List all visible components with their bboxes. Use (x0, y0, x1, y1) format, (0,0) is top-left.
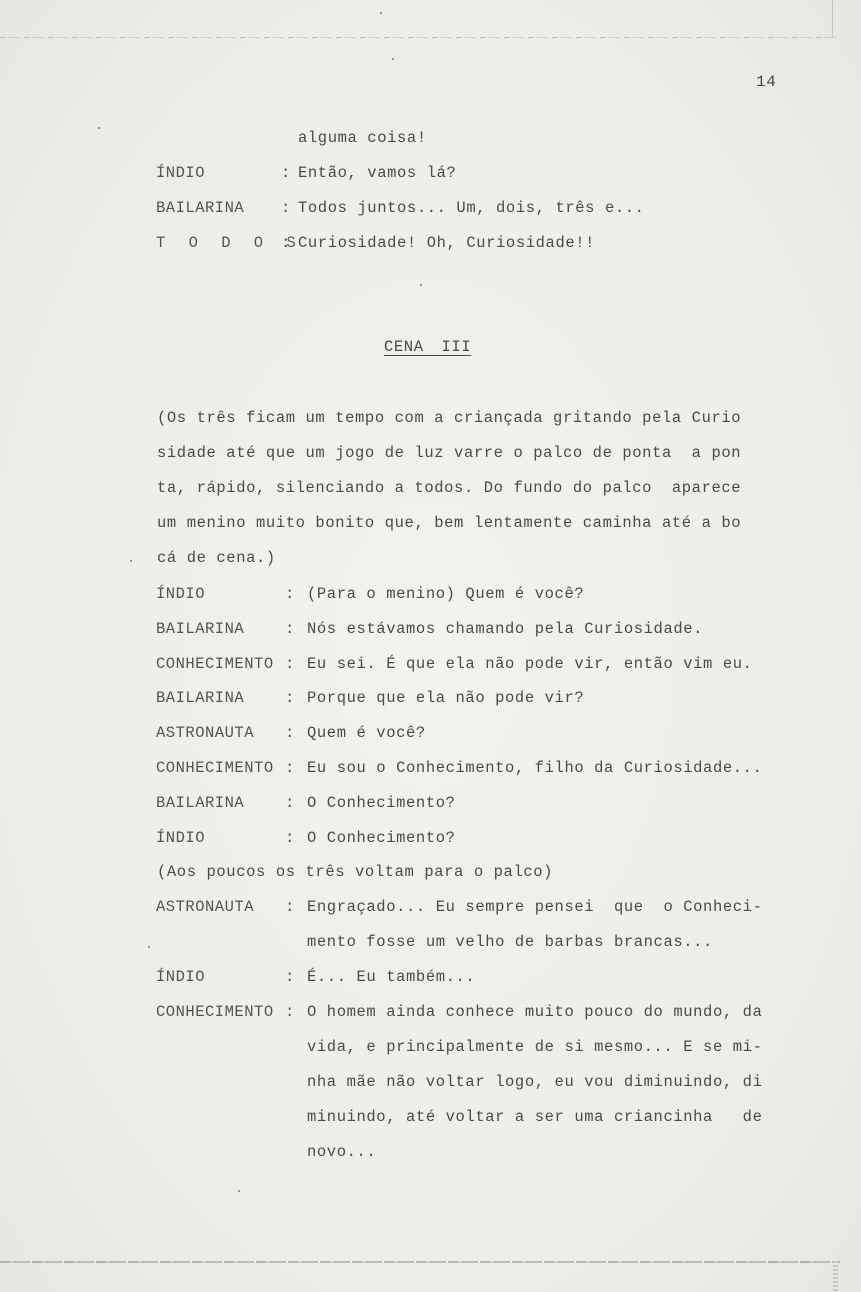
dialogue-line: Porque que ela não pode vir? (307, 688, 584, 708)
speaker-name: BAILARINA (156, 688, 244, 708)
speaker-separator: : (285, 688, 295, 708)
speaker-separator: : (281, 198, 291, 218)
scan-border-bottom (0, 1261, 840, 1263)
dialogue-line: Então, vamos lá? (298, 163, 456, 183)
scan-speck (420, 284, 422, 286)
speaker-separator: : (285, 584, 295, 604)
scan-speck (238, 1190, 240, 1192)
dialogue-line: Curiosidade! Oh, Curiosidade!! (298, 233, 595, 253)
scan-speck (98, 127, 100, 129)
speaker-separator: : (285, 897, 295, 917)
scan-edge-top (832, 0, 833, 38)
speaker-separator: : (285, 758, 295, 778)
speaker-name: ÍNDIO (156, 828, 205, 848)
typewritten-script-page: 14 alguma coisa! ÍNDIO : Então, vamos lá… (0, 0, 861, 1292)
speaker-separator: : (285, 967, 295, 987)
dialogue-line: Nós estávamos chamando pela Curiosidade. (307, 619, 703, 639)
dialogue-line: vida, e principalmente de si mesmo... E … (307, 1037, 762, 1057)
speaker-name: ASTRONAUTA (156, 897, 254, 917)
dialogue-line: O Conhecimento? (307, 793, 456, 813)
dialogue-continuation: alguma coisa! (298, 128, 427, 148)
speaker-separator: : (285, 654, 295, 674)
speaker-name: ÍNDIO (156, 967, 205, 987)
dialogue-line: O Conhecimento? (307, 828, 456, 848)
speaker-name: ÍNDIO (156, 163, 205, 183)
speaker-name: CONHECIMENTO (156, 1002, 274, 1022)
speaker-separator: : (281, 233, 291, 253)
dialogue-line: É... Eu também... (307, 967, 475, 987)
scan-speck (148, 946, 150, 948)
speaker-name: BAILARINA (156, 198, 244, 218)
speaker-name: CONHECIMENTO (156, 654, 274, 674)
scan-speck (380, 12, 382, 14)
dialogue-line: mento fosse um velho de barbas brancas..… (307, 932, 713, 952)
stage-direction-line: ta, rápido, silenciando a todos. Do fund… (157, 478, 741, 498)
stage-direction: (Aos poucos os três voltam para o palco) (157, 862, 553, 882)
stage-direction-line: (Os três ficam um tempo com a criançada … (157, 408, 741, 428)
dialogue-line: Eu sei. É que ela não pode vir, então vi… (307, 654, 753, 674)
scan-speck (130, 560, 132, 562)
dialogue-line: Engraçado... Eu sempre pensei que o Conh… (307, 897, 762, 917)
speaker-name: ASTRONAUTA (156, 723, 254, 743)
dialogue-line: O homem ainda conhece muito pouco do mun… (307, 1002, 762, 1022)
dialogue-line: novo... (307, 1142, 376, 1162)
speaker-name: BAILARINA (156, 793, 244, 813)
speaker-separator: : (285, 1002, 295, 1022)
scan-speck (392, 58, 394, 60)
scan-border-top (0, 37, 840, 38)
page-number: 14 (756, 72, 776, 92)
dialogue-line: Eu sou o Conhecimento, filho da Curiosid… (307, 758, 762, 778)
stage-direction-line: sidade até que um jogo de luz varre o pa… (157, 443, 741, 463)
speaker-separator: : (285, 793, 295, 813)
scene-heading: CENA III (384, 337, 471, 357)
speaker-name: BAILARINA (156, 619, 244, 639)
speaker-separator: : (285, 828, 295, 848)
dialogue-line: Todos juntos... Um, dois, três e... (298, 198, 645, 218)
speaker-separator: : (281, 163, 291, 183)
stage-direction-line: cá de cena.) (157, 548, 276, 568)
speaker-separator: : (285, 723, 295, 743)
scan-edge-bottom (833, 1261, 838, 1292)
speaker-separator: : (285, 619, 295, 639)
stage-direction-line: um menino muito bonito que, bem lentamen… (157, 513, 741, 533)
dialogue-line: Quem é você? (307, 723, 426, 743)
speaker-name: CONHECIMENTO (156, 758, 274, 778)
speaker-name: ÍNDIO (156, 584, 205, 604)
dialogue-line: (Para o menino) Quem é você? (307, 584, 584, 604)
dialogue-line: nha mãe não voltar logo, eu vou diminuin… (307, 1072, 762, 1092)
dialogue-line: minuindo, até voltar a ser uma criancinh… (307, 1107, 762, 1127)
